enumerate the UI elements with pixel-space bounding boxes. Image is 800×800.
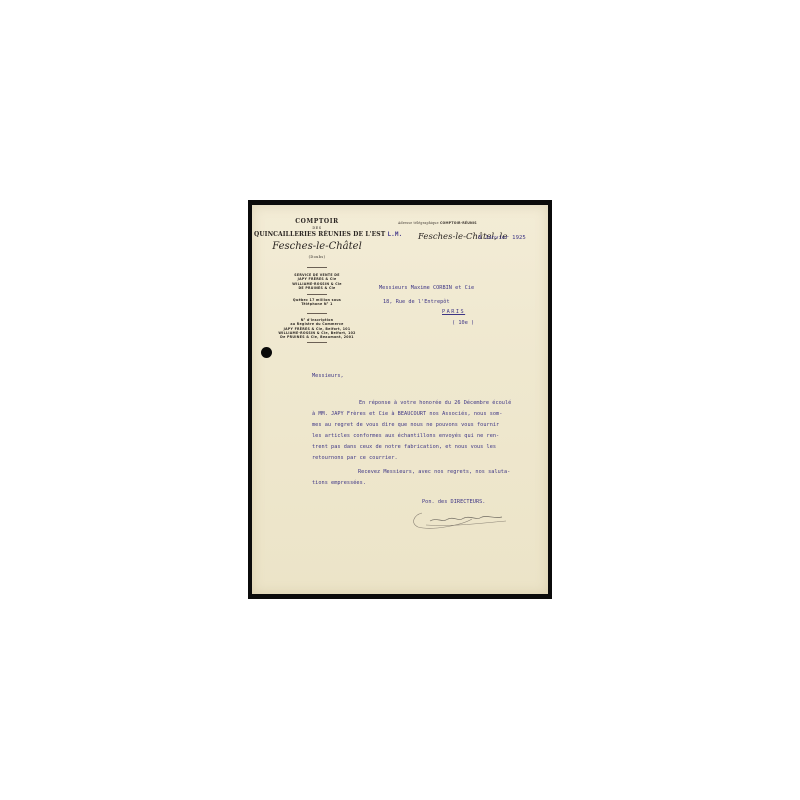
service-line: DE PRUINES & Cie [252, 286, 382, 290]
body-line: les articles conformes aux échantillons … [312, 433, 499, 439]
handwritten-signature [402, 505, 512, 531]
letterhead-divider [307, 267, 327, 268]
recipient-arrondissement: ( 10e ) [452, 320, 474, 326]
letterhead-register: N° d'inscription au Registre du Commerce… [252, 318, 382, 339]
letterhead-des: DES [252, 226, 382, 230]
letterhead-divider [307, 294, 327, 295]
company-name: QUINCAILLERIES RÉUNIES DE L'EST [254, 231, 385, 238]
body-line: trent pas dans ceux de notre fabrication… [312, 444, 496, 450]
letterhead-divider [307, 342, 327, 343]
telegram-address: COMPTOIR-RÉUNIS [440, 221, 477, 225]
recipient-name: Messieurs Maxime CORBIN et Cie [379, 285, 474, 291]
recipient-street: 18, Rue de l'Entrepôt [383, 299, 450, 305]
letterhead-company: QUINCAILLERIES RÉUNIES DE L'EST L.M. [254, 231, 424, 238]
company-initials: L.M. [387, 231, 402, 238]
punch-hole [261, 347, 272, 358]
telegram-label: Adresse télégraphique [398, 221, 439, 225]
body-line: à MM. JAPY Frères et Cie à BEAUCOURT nos… [312, 411, 502, 417]
telegraphic-address: Adresse télégraphique COMPTOIR-RÉUNIS [398, 221, 477, 225]
body-line: tions empressées. [312, 480, 366, 486]
body-line: mes au regret de vous dire que nous ne p… [312, 422, 499, 428]
letter-paper: COMPTOIR DES QUINCAILLERIES RÉUNIES DE L… [252, 205, 548, 594]
letterhead-capital: Québec 17 million sous Téléphone N° 1 [252, 298, 382, 307]
letterhead-service: SERVICE DE VENTE DE JAPY FRÈRES & Cie WI… [252, 273, 382, 290]
letterhead-comptoir: COMPTOIR [252, 218, 382, 225]
body-line: Recevez Messieurs, avec nos regrets, nos… [358, 469, 510, 475]
recipient-city: PARIS [442, 309, 465, 315]
salutation: Messieurs, [312, 373, 344, 379]
telephone-line: Téléphone N° 1 [252, 302, 382, 306]
register-line: De PRUINES & Cie, Beaumont, 2001 [252, 335, 382, 339]
letterhead-city: Fesches-le-Châtel [252, 241, 382, 252]
letterhead-divider [307, 313, 327, 314]
letter-date: 8 Janvier 1925 [478, 235, 526, 241]
letterhead-department: (Doubs) [252, 255, 382, 259]
body-line: En réponse à votre honorée du 26 Décembr… [359, 400, 511, 406]
body-line: retournons par ce courrier. [312, 455, 398, 461]
